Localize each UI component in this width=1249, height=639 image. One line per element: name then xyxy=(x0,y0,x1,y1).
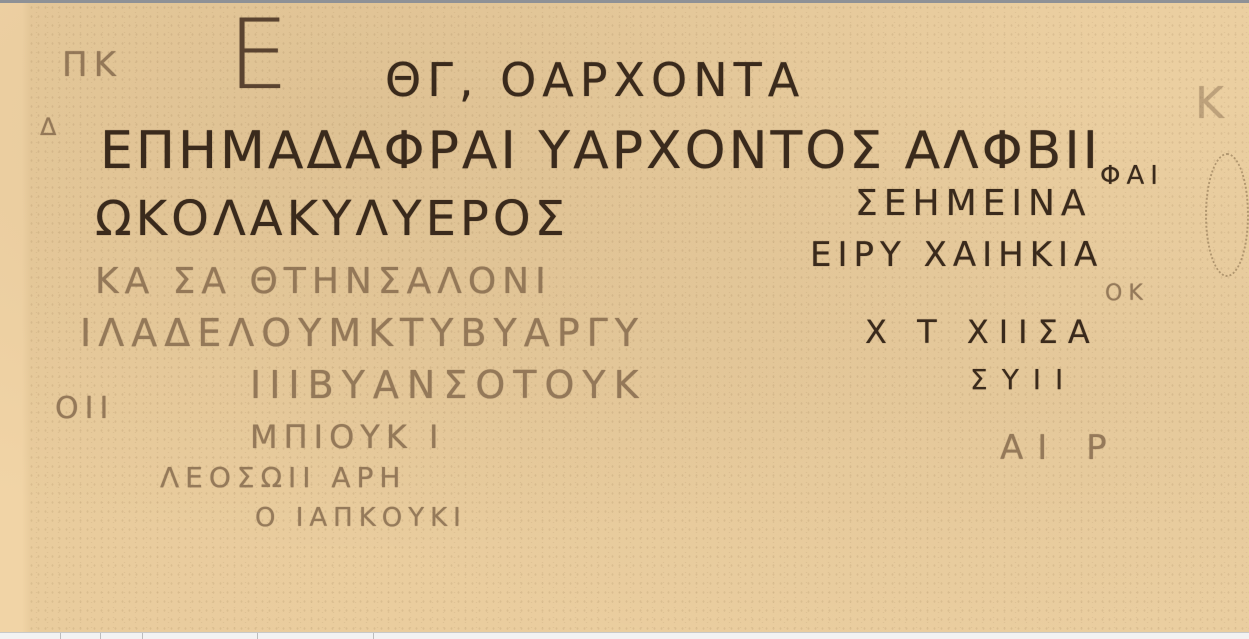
bottom-bar-separator xyxy=(142,633,143,639)
bottom-bar-separator xyxy=(257,633,258,639)
inscription-line-9: Ο ΙΑΠΚΟΥΚΙ xyxy=(255,503,467,533)
inscription-line-8: ΛΕΟΣΩΙΙ ΑΡΗ xyxy=(160,461,406,494)
bottom-bar-separator xyxy=(60,633,61,639)
bottom-bar-separator xyxy=(100,633,101,639)
margin-letters-second: Δ xyxy=(40,113,62,141)
right-block-line-2-sub: ΟΚ xyxy=(1105,281,1149,306)
right-block-line-3: Χ Τ ΧΙΙΣΑ xyxy=(865,313,1100,351)
inscription-line-3: ΩΚΟΛΑΚΥΛΥΕΡΟΣ xyxy=(95,191,569,247)
right-block-line-5: ΑΙ Ρ xyxy=(1000,428,1121,468)
inscription-line-2: ΕΠΗΜΑΔΑΦΡΑΙ ΥΑΡΧΟΝΤΟΣ ΑΛΦΒΙΙ xyxy=(100,121,1101,181)
faint-circle-mark xyxy=(1205,153,1249,277)
margin-letters-top: ΠΚ xyxy=(62,45,122,85)
right-block-line-2: ΕΙΡΥ ΧΑΙΗΚΙΑ xyxy=(810,235,1103,275)
inscription-line-6: ΙΙΙΒΥΑΝΣΟΤΟΥΚ xyxy=(250,363,647,407)
inscription-photo: ΠΚ Δ Ε ΘΓ, ΟΑΡΧΟΝΤΑ ΕΠΗΜΑΔΑΦΡΑΙ ΥΑΡΧΟΝΤΟ… xyxy=(0,3,1249,632)
window-bottom-bar xyxy=(0,632,1249,639)
bottom-bar-separator xyxy=(373,633,374,639)
inscription-line-7: ΜΠΙΟΥΚ Ι xyxy=(250,418,444,456)
inscription-line-2-superscript: ΦΑΙ xyxy=(1100,161,1164,191)
inscription-line-5: ΙΛΑΔΕΛΟΥΜΚΤΥΒΥΑΡΓΥ xyxy=(80,311,645,355)
right-edge-faint-letter: Κ xyxy=(1195,78,1230,129)
inscription-line-1: ΘΓ, ΟΑΡΧΟΝΤΑ xyxy=(385,53,805,107)
right-block-line-4: ΣΥΙΙ xyxy=(970,363,1077,396)
large-initial-epsilon: Ε xyxy=(228,0,295,111)
right-block-line-1: ΣΕΗΜΕΙΝΑ xyxy=(855,183,1092,224)
inscription-line-6-margin: ΟΙΙ xyxy=(55,391,114,426)
inscription-line-4: ΚΑ ΣΑ ΘΤΗΝΣΑΛΟΝΙ xyxy=(95,261,552,302)
